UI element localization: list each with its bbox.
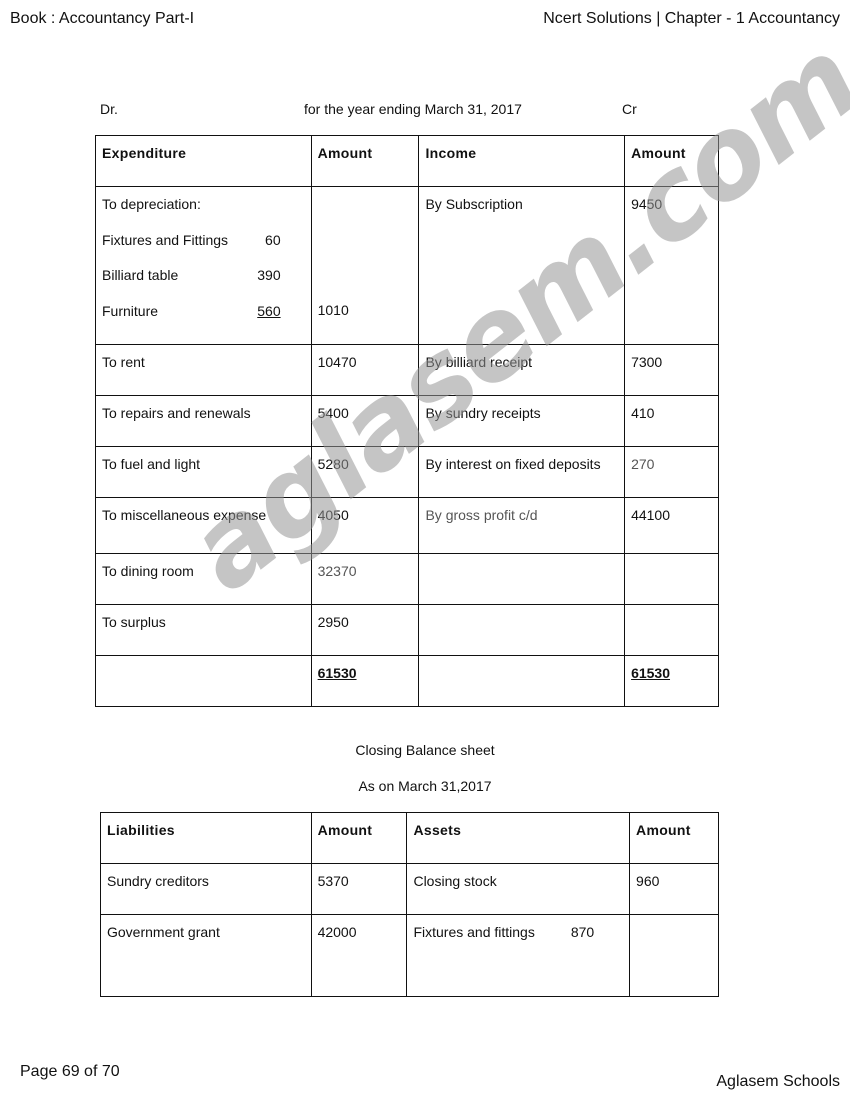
depreciation-total: 1010: [318, 302, 349, 318]
dr-label: Dr.: [100, 101, 118, 117]
item-amount: 560: [257, 303, 280, 319]
depreciation-item: Fixtures and Fittings 60: [102, 232, 305, 268]
depreciation-item: Billiard table 390: [102, 267, 305, 303]
table-row: To dining room 32370: [96, 554, 719, 605]
income-expenditure-table: Expenditure Amount Income Amount To depr…: [95, 135, 719, 707]
income-amount-cell: [625, 605, 719, 656]
balance-sheet-table: Liabilities Amount Assets Amount Sundry …: [100, 812, 719, 997]
depreciation-item: Furniture 560: [102, 303, 305, 339]
expenditure-cell: To repairs and renewals: [96, 396, 312, 447]
item-name: Billiard table: [102, 267, 178, 283]
item-amount: 390: [257, 267, 280, 283]
col-header-amount: Amount: [311, 136, 419, 187]
item-amount: 60: [265, 232, 281, 248]
asset-cell: Closing stock: [407, 864, 630, 915]
income-cell: [419, 554, 625, 605]
expenditure-cell: To rent: [96, 345, 312, 396]
table-header-row: Liabilities Amount Assets Amount: [101, 813, 719, 864]
totals-row: 61530 61530: [96, 656, 719, 707]
table-row: To surplus 2950: [96, 605, 719, 656]
income-amount-cell: 7300: [625, 345, 719, 396]
expenditure-amount-cell: 5280: [311, 447, 419, 498]
income-amount-cell: 270: [625, 447, 719, 498]
income-cell: By Subscription: [419, 187, 625, 345]
empty-cell: [419, 656, 625, 707]
expenditure-amount-cell: 5400: [311, 396, 419, 447]
col-header-liabilities: Liabilities: [101, 813, 312, 864]
asset-sub-amount: 870: [571, 924, 594, 940]
expenditure-amount-cell: 10470: [311, 345, 419, 396]
col-header-amount: Amount: [630, 813, 719, 864]
liability-cell: Government grant: [101, 915, 312, 997]
expenditure-cell: To fuel and light: [96, 447, 312, 498]
col-header-income: Income: [419, 136, 625, 187]
col-header-amount: Amount: [311, 813, 407, 864]
income-amount-cell: [625, 554, 719, 605]
col-header-assets: Assets: [407, 813, 630, 864]
table-row: Government grant 42000 Fixtures and fitt…: [101, 915, 719, 997]
table-row: To fuel and light 5280 By interest on fi…: [96, 447, 719, 498]
asset-amount-cell: 960: [630, 864, 719, 915]
table-header-row: Expenditure Amount Income Amount: [96, 136, 719, 187]
income-total: 61530: [625, 656, 719, 707]
item-name: Furniture: [102, 303, 158, 319]
liability-cell: Sundry creditors: [101, 864, 312, 915]
income-amount-cell: 44100: [625, 498, 719, 554]
balance-sheet-title: Closing Balance sheet: [0, 742, 850, 758]
expenditure-total: 61530: [311, 656, 419, 707]
asset-amount-cell: [630, 915, 719, 997]
col-header-expenditure: Expenditure: [96, 136, 312, 187]
income-cell: By billiard receipt: [419, 345, 625, 396]
income-amount-cell: 410: [625, 396, 719, 447]
col-header-amount: Amount: [625, 136, 719, 187]
table-row: To rent 10470 By billiard receipt 7300: [96, 345, 719, 396]
item-name: Fixtures and Fittings: [102, 232, 228, 248]
table-row-depreciation: To depreciation: Fixtures and Fittings 6…: [96, 187, 719, 345]
income-amount-cell: 9450: [625, 187, 719, 345]
running-header-chapter: Ncert Solutions | Chapter - 1 Accountanc…: [543, 10, 840, 28]
empty-cell: [96, 656, 312, 707]
table-row: To repairs and renewals 5400 By sundry r…: [96, 396, 719, 447]
balance-sheet-date: As on March 31,2017: [0, 778, 850, 794]
table-row: To miscellaneous expense 4050 By gross p…: [96, 498, 719, 554]
expenditure-amount-cell: 32370: [311, 554, 419, 605]
income-cell: [419, 605, 625, 656]
asset-cell: Fixtures and fittings870: [407, 915, 630, 997]
page-number: Page 69 of 70: [20, 1063, 120, 1081]
cr-label: Cr: [622, 101, 637, 117]
expenditure-cell: To miscellaneous expense: [96, 498, 312, 554]
table-row: Sundry creditors 5370 Closing stock 960: [101, 864, 719, 915]
depreciation-label: To depreciation:: [102, 196, 305, 232]
depreciation-cell: To depreciation: Fixtures and Fittings 6…: [96, 187, 312, 345]
expenditure-cell: To surplus: [96, 605, 312, 656]
expenditure-amount-cell: 2950: [311, 605, 419, 656]
expenditure-cell: To dining room: [96, 554, 312, 605]
income-cell: By gross profit c/d: [419, 498, 625, 554]
liability-amount-cell: 5370: [311, 864, 407, 915]
running-header-book: Book : Accountancy Part-I: [10, 10, 194, 28]
income-cell: By sundry receipts: [419, 396, 625, 447]
asset-name: Fixtures and fittings: [413, 924, 534, 940]
depreciation-total-cell: 1010: [311, 187, 419, 345]
ie-account-caption: Dr. for the year ending March 31, 2017 C…: [100, 101, 640, 119]
period-label: for the year ending March 31, 2017: [304, 101, 522, 117]
liability-amount-cell: 42000: [311, 915, 407, 997]
expenditure-amount-cell: 4050: [311, 498, 419, 554]
footer-brand: Aglasem Schools: [716, 1073, 840, 1091]
income-cell: By interest on fixed deposits: [419, 447, 625, 498]
